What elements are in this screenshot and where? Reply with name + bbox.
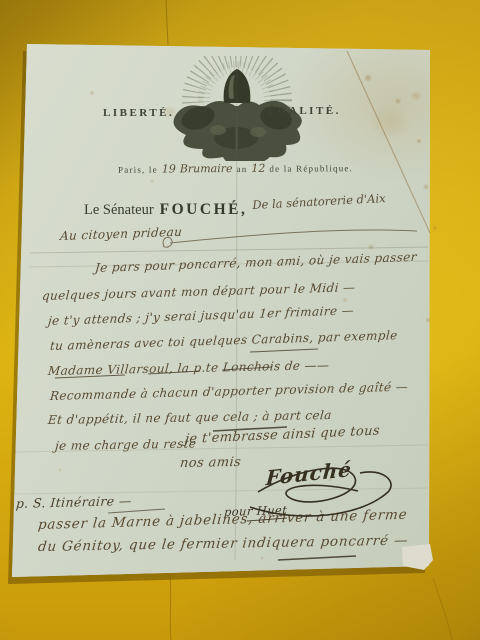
dateline-city-prefix: Paris, le bbox=[118, 165, 158, 175]
background-crease-bottom bbox=[170, 574, 171, 640]
dateline-month: Brumaire bbox=[180, 162, 233, 175]
foliage-highlight-left bbox=[210, 125, 226, 135]
liberte-label: LIBERTÉ. bbox=[103, 107, 174, 119]
dateline-day: 19 bbox=[162, 162, 176, 175]
background-crease-corner bbox=[433, 578, 452, 640]
foliage-highlight-right bbox=[250, 127, 266, 137]
dateline-year: 12 bbox=[251, 162, 265, 175]
liberty-cap bbox=[224, 69, 251, 103]
egalite-label: ÉGALITÉ. bbox=[268, 105, 341, 117]
sender-printed-prefix: Le Sénateur bbox=[84, 202, 154, 219]
dateline-suffix: de la République. bbox=[269, 163, 353, 174]
closing-line: nos amis bbox=[179, 455, 242, 471]
sender-line: Le Sénateur FOUCHÉ, De la sénatorerie d'… bbox=[84, 201, 387, 219]
dateline-an: an bbox=[236, 164, 247, 174]
dateline: Paris, le 19 Brumaire an 12 de la Républ… bbox=[118, 161, 353, 176]
handwritten-line: je me charge du reste bbox=[54, 437, 197, 453]
sender-printed-name: FOUCHÉ, bbox=[160, 201, 248, 219]
background-crease-top bbox=[166, 0, 168, 45]
photo-stage: LIBERTÉ. ÉGALITÉ. Paris, le 19 Brumaire … bbox=[0, 0, 480, 640]
postscript-heading: p. S. Itinéraire — bbox=[15, 493, 132, 511]
pike-staff bbox=[235, 106, 238, 158]
